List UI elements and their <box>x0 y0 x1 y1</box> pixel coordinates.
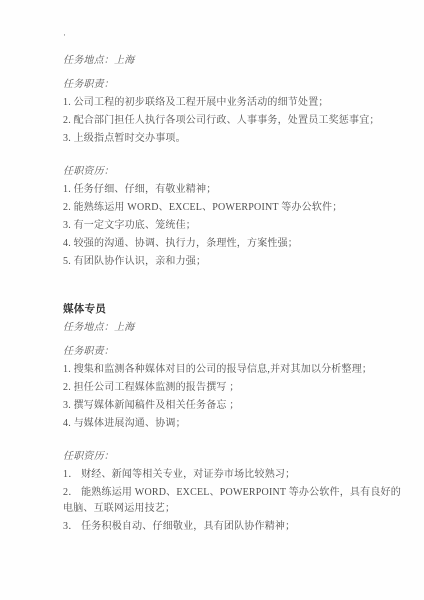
document-page: · 任务地点：上海 任务职责： 1. 公司工程的初步联络及工程开展中业务活动的细… <box>0 0 424 600</box>
qualification-item: 3. 有一定文字功底、笼统佳； <box>63 218 408 234</box>
stray-bullet-mark: · <box>63 31 408 40</box>
duty-item: 4. 与媒体进展沟通、协调； <box>63 416 408 432</box>
duty-item: 1. 搜集和监测各种媒体对目的公司的报导信息,并对其加以分析整理； <box>63 362 408 378</box>
duty-item: 3. 上级指点暂时交办事项。 <box>63 131 408 147</box>
job-location: 任务地点：上海 <box>63 320 408 336</box>
duty-item: 3. 撰写媒体新闻稿件及相关任务备忘 ； <box>63 398 408 414</box>
duties-heading: 任务职责： <box>63 344 408 360</box>
spacer <box>63 434 408 449</box>
spacer <box>63 272 408 303</box>
qualification-item: 2. 能熟练运用 WORD、EXCEL、POWERPOINT 等办公软件； <box>63 200 408 216</box>
qualification-item: 4. 较强的沟通、协调、执行力，条理性，方案性强； <box>63 236 408 252</box>
job-location: 任务地点：上海 <box>63 53 408 69</box>
spacer <box>63 149 408 164</box>
duty-item: 2. 担任公司工程媒体监测的报告撰写 ； <box>63 380 408 396</box>
qualifications-heading: 任职资历： <box>63 164 408 180</box>
job-title-media-specialist: 媒体专员 <box>63 303 408 317</box>
qualification-item: 1. 任务仔细、仔细，有敬业精神； <box>63 182 408 198</box>
qualifications-heading: 任职资历： <box>63 449 408 465</box>
duty-item: 2. 配合部门担任人执行各项公司行政、人事事务，处置员工奖惩事宜； <box>63 113 408 129</box>
qualification-item: 2． 能熟练运用 WORD、EXCEL、POWERPOINT 等办公软件，具有良… <box>63 485 408 517</box>
qualification-item: 1． 财经、新闻等相关专业，对证券市场比较熟习； <box>63 467 408 483</box>
duties-heading: 任务职责： <box>63 77 408 93</box>
qualification-item: 5. 有团队协作认识，亲和力强； <box>63 254 408 270</box>
qualification-item: 3． 任务积极自动、仔细敬业，具有团队协作精神； <box>63 519 408 535</box>
duty-item: 1. 公司工程的初步联络及工程开展中业务活动的细节处置； <box>63 95 408 111</box>
